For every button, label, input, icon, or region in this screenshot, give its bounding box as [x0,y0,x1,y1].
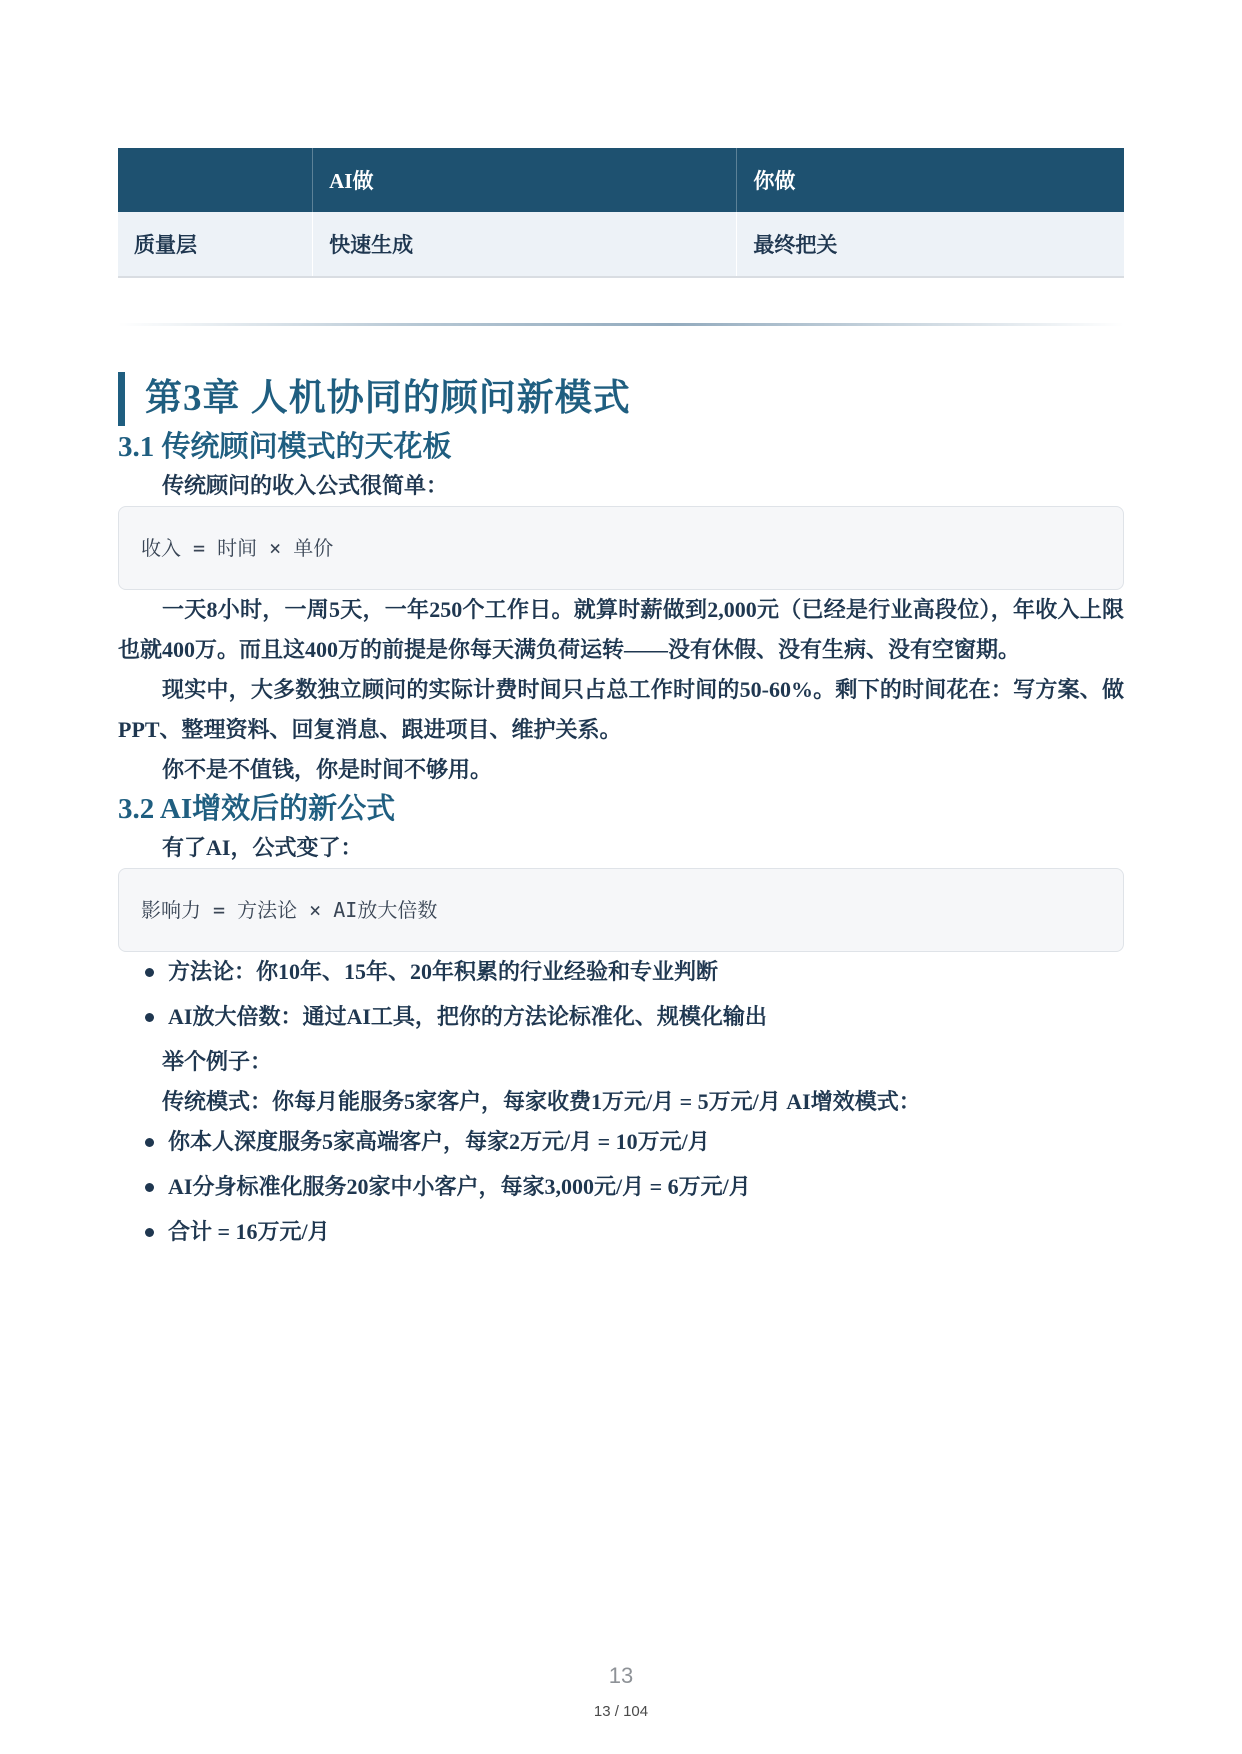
ai-vs-you-table: AI做 你做 质量层 快速生成 最终把关 [118,148,1124,278]
table-header-you: 你做 [737,148,1124,212]
table-header-row: AI做 你做 [118,148,1124,212]
table-cell-ai: 快速生成 [313,212,737,277]
formula-income-text: 收入 = 时间 × 单价 [141,536,333,560]
list-item-total: 合计 = 16万元/月 [118,1212,1124,1252]
formula-income-block: 收入 = 时间 × 单价 [118,506,1124,590]
bullet-icon [145,1228,154,1237]
bullet-icon [145,968,154,977]
bullet-text: 你10年、15年、20年积累的行业经验和专业判断 [256,959,718,984]
formula-impact-text: 影响力 = 方法论 × AI放大倍数 [141,898,437,922]
table-cell-row-label: 质量层 [118,212,313,277]
bullet-label: AI放大倍数： [168,1004,302,1029]
chapter-title: 第3章 人机协同的顾问新模式 [145,370,631,428]
chapter-accent-bar [118,372,125,426]
document-page: AI做 你做 质量层 快速生成 最终把关 第3章 人机协同的顾问新模式 3.1 … [0,0,1242,1754]
paragraph-billable-reality: 现实中，大多数独立顾问的实际计费时间只占总工作时间的50-60%。剩下的时间花在… [118,670,1124,750]
section-3-1-intro: 传统顾问的收入公式很简单： [118,466,1124,506]
section-divider [118,323,1124,326]
bullet-icon [145,1138,154,1147]
table-header-ai: AI做 [313,148,737,212]
example-line: 传统模式：你每月能服务5家客户，每家收费1万元/月 = 5万元/月 AI增效模式… [118,1082,1124,1122]
list-item-premium-clients: 你本人深度服务5家高端客户，每家2万元/月 = 10万元/月 [118,1122,1124,1162]
list-item-methodology: 方法论：你10年、15年、20年积累的行业经验和专业判断 [118,952,1124,992]
highlight-statement: 你不是不值钱，你是时间不够用。 [118,750,1124,790]
bullet-text: 通过AI工具，把你的方法论标准化、规模化输出 [302,1004,766,1029]
section-3-1-heading: 3.1 传统顾问模式的天花板 [118,428,1124,466]
bullet-text: AI分身标准化服务20家中小客户，每家3,000元/月 = 6万元/月 [168,1174,751,1199]
example-lead: 举个例子： [118,1042,1124,1082]
bullet-icon [145,1183,154,1192]
bullet-text: 合计 = 16万元/月 [168,1219,330,1244]
page-indicator: 13 / 104 [0,1703,1242,1720]
page-number: 13 [0,1663,1242,1689]
example-list: 你本人深度服务5家高端客户，每家2万元/月 = 10万元/月 AI分身标准化服务… [118,1122,1124,1252]
chapter-heading: 第3章 人机协同的顾问新模式 [118,370,1124,428]
section-3-2-intro: 有了AI，公式变了： [118,828,1124,868]
bullet-text: 你本人深度服务5家高端客户，每家2万元/月 = 10万元/月 [168,1129,710,1154]
table-header-empty [118,148,313,212]
section-3-2-heading: 3.2 AI增效后的新公式 [118,790,1124,828]
bullet-icon [145,1013,154,1022]
formula-impact-block: 影响力 = 方法论 × AI放大倍数 [118,868,1124,952]
table-cell-you: 最终把关 [737,212,1124,277]
list-item-ai-clone-clients: AI分身标准化服务20家中小客户，每家3,000元/月 = 6万元/月 [118,1167,1124,1207]
factor-list: 方法论：你10年、15年、20年积累的行业经验和专业判断 AI放大倍数：通过AI… [118,952,1124,1037]
paragraph-income-ceiling: 一天8小时，一周5天，一年250个工作日。就算时薪做到2,000元（已经是行业高… [118,590,1124,670]
table-row: 质量层 快速生成 最终把关 [118,212,1124,277]
list-item-ai-multiplier: AI放大倍数：通过AI工具，把你的方法论标准化、规模化输出 [118,997,1124,1037]
bullet-label: 方法论： [168,959,256,984]
